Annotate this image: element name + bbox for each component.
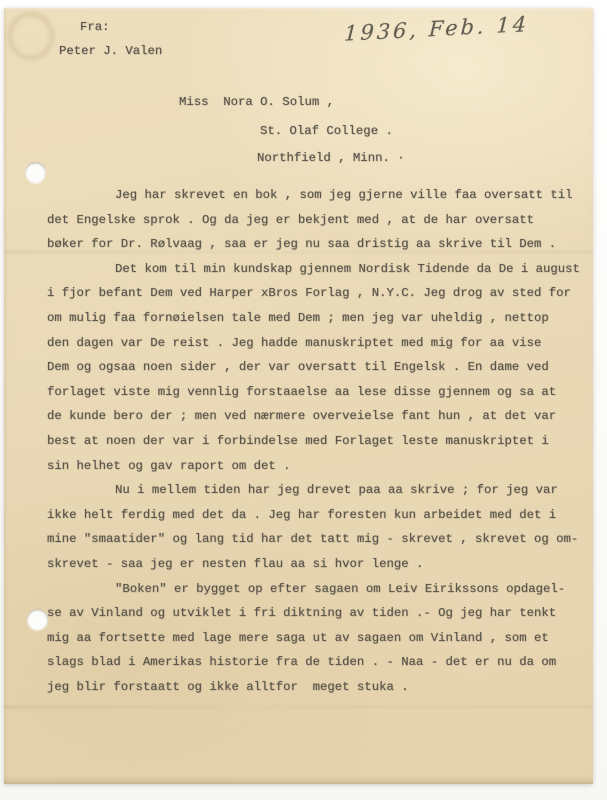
letter-line: ikke helt ferdig med det da . Jeg har fo… <box>47 503 587 528</box>
letter-line: mine "smaatider" og lang tid har det tat… <box>47 527 587 552</box>
letter-line: de kunde bero der ; men ved nærmere over… <box>47 404 587 429</box>
sender-name: Peter J. Valen <box>59 44 162 58</box>
handwritten-date: 1936, Feb. 14 <box>344 10 565 46</box>
letter-line: Det kom til min kundskap gjennem Nordisk… <box>47 257 587 282</box>
letter-line: se av Vinland og utviklet i fri diktning… <box>47 601 587 626</box>
letter-line: "Boken" er bygget op efter sagaen om Lei… <box>47 577 587 602</box>
letter-page: 1936, Feb. 14 Fra: Peter J. Valen Miss N… <box>4 8 593 784</box>
letter-line: mig aa fortsette med lage mere saga ut a… <box>47 626 587 651</box>
scan-background: 1936, Feb. 14 Fra: Peter J. Valen Miss N… <box>0 0 607 800</box>
punch-hole-top <box>25 162 46 183</box>
recipient-city: Northfield , Minn. · <box>257 151 405 165</box>
recipient-name: Miss Nora O. Solum , <box>179 95 334 109</box>
letter-line: Dem og ogsaa noen sider , der var oversa… <box>47 355 587 380</box>
letter-line: om mulig faa fornøielsen tale med Dem ; … <box>47 306 587 331</box>
letter-body: Jeg har skrevet en bok , som jeg gjerne … <box>47 183 587 699</box>
letter-line: forlaget viste mig vennlig forstaaelse a… <box>47 380 587 405</box>
letter-line: Nu i mellem tiden har jeg drevet paa aa … <box>47 478 587 503</box>
letter-line: slags blad i Amerikas historie fra de ti… <box>47 650 587 675</box>
letter-line: bøker for Dr. Rølvaag , saa er jeg nu sa… <box>47 232 587 257</box>
letter-line: jeg blir forstaatt og ikke alltfor meget… <box>47 675 587 700</box>
recipient-college: St. Olaf College . <box>260 124 393 138</box>
letter-line: best at noen der var i forbindelse med F… <box>47 429 587 454</box>
sender-label: Fra: <box>80 20 110 34</box>
letter-line: i fjor befant Dem ved Harper xBros Forla… <box>47 281 587 306</box>
letter-line: sin helhet og gav raport om det . <box>47 454 587 479</box>
paper-crease <box>4 706 593 708</box>
letter-line: Jeg har skrevet en bok , som jeg gjerne … <box>47 183 587 208</box>
punch-hole-bottom <box>27 609 48 630</box>
letter-line: det Engelske sprok . Og da jeg er bekjen… <box>47 208 587 233</box>
letter-line: den dagen var De reist . Jeg hadde manus… <box>47 331 587 356</box>
ring-stain <box>8 12 54 60</box>
letter-line: skrevet - saa jeg er nesten flau aa si h… <box>47 552 587 577</box>
